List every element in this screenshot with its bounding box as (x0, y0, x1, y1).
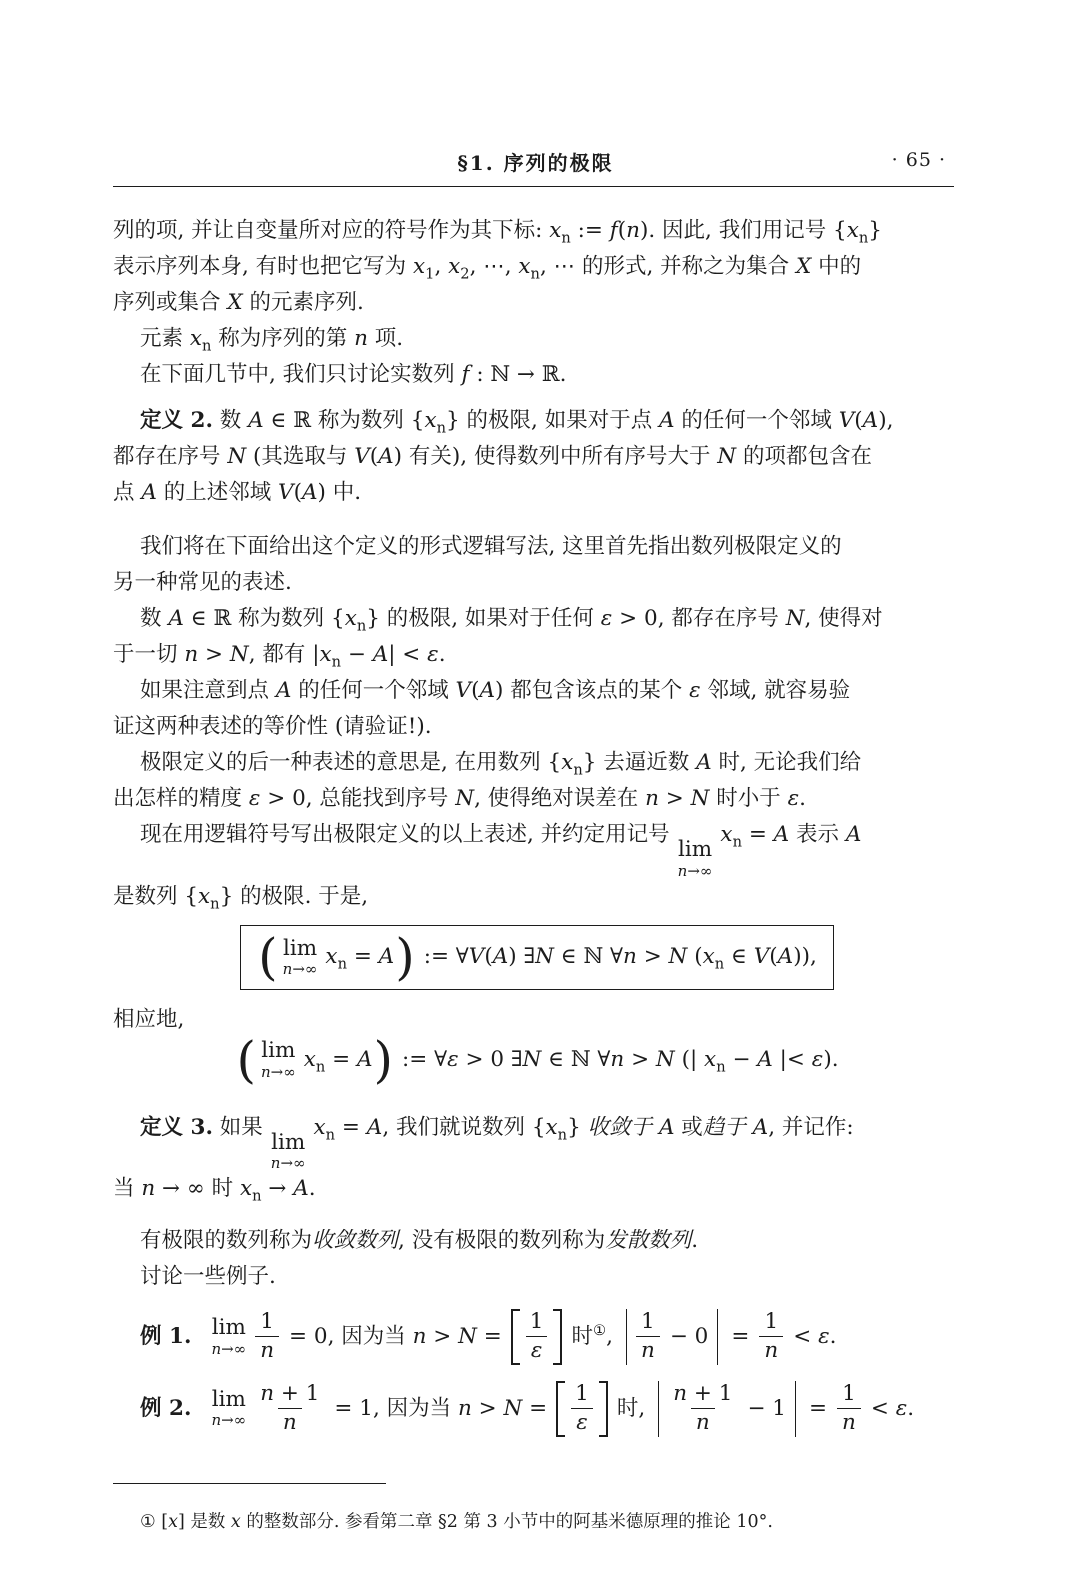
header-rule (113, 186, 954, 187)
fraction: 1n (837, 1381, 861, 1437)
definition-3-line: 当 n → ∞ 时 xn → A. (113, 1171, 961, 1207)
integer-part-bracket-group: 1ε (511, 1309, 563, 1365)
lim-subscript: n→∞ (678, 864, 713, 879)
paragraph-line: 元素 xn 称为序列的第 n 项. (113, 321, 961, 357)
lim-operator: limn→∞ (261, 1040, 296, 1080)
example-2-line: 例 2. limn→∞ n + 1n = 1, 因为当 n > N = 1ε 时… (113, 1381, 961, 1437)
paragraph-line: 是数列 {xn} 的极限. 于是, (113, 879, 961, 915)
lim-operator: limn→∞ (678, 839, 713, 879)
epsilon-formula-row: (limn→∞xn = A):= ∀ε > 0 ∃N ∈ ℕ ∀n > N (|… (113, 1040, 961, 1080)
footnote-text: ① [x] 是数 x 的整数部分. 参看第二章 §2 第 3 小节中的阿基米德原… (113, 1504, 961, 1540)
lim-operator: limn→∞ (211, 1389, 246, 1429)
text-segment: = (809, 1391, 827, 1427)
text-segment: < ε. (871, 1391, 914, 1427)
fraction-numerator: 1 (570, 1381, 594, 1408)
definition-2-line: 点 A 的上述邻域 V(A) 中. (113, 475, 961, 511)
lim-operator: limn→∞ (271, 1132, 306, 1172)
paragraph-line: 于一切 n > N, 都有 |xn − A| < ε. (113, 637, 961, 673)
lim-word: lim (283, 938, 317, 960)
text-segment: < ε. (793, 1319, 836, 1355)
example-label: 例 2. (140, 1391, 191, 1427)
lim-subscript: n→∞ (283, 962, 318, 977)
definition-3-line: 定义 3. 如果limn→∞xn = A, 我们就说数列 {xn} 收敛于 A … (113, 1110, 961, 1172)
lim-subscript: n→∞ (261, 1065, 296, 1080)
integer-part-bracket-group: 1ε (556, 1381, 608, 1437)
text-segment: − 0 (670, 1319, 709, 1355)
definition-2-line: 定义 2. 数 A ∈ ℝ 称为数列 {xn} 的极限, 如果对于点 A 的任何… (113, 403, 961, 439)
fraction-numerator: 1 (837, 1381, 861, 1408)
fraction-denominator: n (837, 1408, 861, 1437)
text-segment: xn = A 表示 A (720, 822, 861, 847)
lim-word: lim (271, 1132, 305, 1154)
example-label: 例 1. (140, 1319, 191, 1355)
text-segment: = 0, 因为当 n > N = (289, 1319, 502, 1355)
paragraph-line: 数 A ∈ ℝ 称为数列 {xn} 的极限, 如果对于任何 ε > 0, 都存在… (113, 601, 961, 637)
lim-subscript: n→∞ (211, 1413, 246, 1428)
fraction-numerator: 1 (759, 1309, 783, 1336)
formula-lhs: xn = A (304, 1042, 373, 1078)
paragraph-line: 讨论一些例子. (113, 1259, 961, 1295)
text-segment: xn = A, 我们就说数列 {xn} 收敛于 A 或趋于 A, 并记作: (314, 1115, 854, 1140)
page-number: · 65 · (892, 149, 946, 171)
text-segment: 时①, (571, 1319, 612, 1355)
fraction-denominator: n (255, 1336, 279, 1365)
boxed-formula-row: (limn→∞xn = A):= ∀V(A) ∃N ∈ ℕ ∀n > N (xn… (113, 917, 961, 991)
fraction: n + 1n (668, 1381, 737, 1437)
fraction: 1ε (570, 1381, 594, 1437)
paragraph-line: 如果注意到点 A 的任何一个邻域 V(A) 都包含该点的某个 ε 邻域, 就容易… (113, 673, 961, 709)
left-square-bracket (556, 1381, 565, 1437)
fraction-denominator: n (636, 1336, 660, 1365)
text-segment: 定义 3. 如果 (140, 1115, 263, 1140)
paragraph-line: 我们将在下面给出这个定义的形式逻辑写法, 这里首先指出数列极限定义的 (113, 529, 961, 565)
formula-rhs: := ∀V(A) ∃N ∈ ℕ ∀n > N (xn ∈ V(A)), (424, 939, 817, 975)
lim-word: lim (212, 1317, 246, 1339)
book-page: §1. 序列的极限 · 65 · 列的项, 并让自变量所对应的符号作为其下标: … (0, 0, 1071, 1574)
fraction: n + 1n (255, 1381, 324, 1437)
paragraph-line: 有极限的数列称为收敛数列, 没有极限的数列称为发散数列. (113, 1223, 961, 1259)
text-segment: = 1, 因为当 n > N = (334, 1391, 547, 1427)
paragraph-line: 在下面几节中, 我们只讨论实数列 f : ℕ → ℝ. (113, 357, 961, 393)
formula-rhs: := ∀ε > 0 ∃N ∈ ℕ ∀n > N (| xn − A |< ε). (402, 1042, 839, 1078)
absolute-value-group: n + 1n− 1 (654, 1381, 800, 1437)
fraction: 1n (759, 1309, 783, 1365)
paragraph-line: 出怎样的精度 ε > 0, 总能找到序号 N, 使得绝对误差在 n > N 时小… (113, 781, 961, 817)
formula-lhs: xn = A (325, 939, 394, 975)
fraction-denominator: ε (526, 1336, 548, 1365)
paragraph-line: 证这两种表述的等价性 (请验证!). (113, 709, 961, 745)
fraction-denominator: n (759, 1336, 783, 1365)
absolute-value-group: 1n− 0 (622, 1309, 722, 1365)
footnote-rule (113, 1483, 386, 1484)
abs-bar (795, 1381, 796, 1437)
example-1-line: 例 1. limn→∞ 1n = 0, 因为当 n > N = 1ε 时①, 1… (113, 1309, 961, 1365)
lim-subscript: n→∞ (211, 1342, 246, 1357)
fraction-denominator: n (278, 1408, 302, 1437)
body-text: 列的项, 并让自变量所对应的符号作为其下标: xn := f(n). 因此, 我… (113, 213, 961, 1540)
paragraph-line: 表示序列本身, 有时也把它写为 x1, x2, ⋯, xn, ⋯ 的形式, 并称… (113, 249, 961, 285)
lim-subscript: n→∞ (271, 1156, 306, 1171)
fraction: 1ε (525, 1309, 549, 1365)
text-segment: 现在用逻辑符号写出极限定义的以上表述, 并约定用记号 (140, 822, 670, 847)
right-square-bracket (599, 1381, 608, 1437)
lim-word: lim (678, 839, 712, 861)
right-square-bracket (553, 1309, 562, 1365)
lim-operator: limn→∞ (283, 938, 318, 978)
fraction-numerator: 1 (636, 1309, 660, 1336)
fraction-numerator: 1 (525, 1309, 549, 1336)
paragraph-line: 列的项, 并让自变量所对应的符号作为其下标: xn := f(n). 因此, 我… (113, 213, 961, 249)
paragraph-line: 另一种常见的表述. (113, 565, 961, 601)
paragraph-line-with-lim: 现在用逻辑符号写出极限定义的以上表述, 并约定用记号limn→∞xn = A 表… (113, 817, 961, 879)
paragraph-line: 极限定义的后一种表述的意思是, 在用数列 {xn} 去逼近数 A 时, 无论我们… (113, 745, 961, 781)
abs-bar (717, 1309, 718, 1365)
definition-2-line: 都存在序号 N (其选取与 V(A) 有关), 使得数列中所有序号大于 N 的项… (113, 439, 961, 475)
text-segment: = (731, 1319, 749, 1355)
abs-bar (658, 1381, 659, 1437)
fraction-numerator: n + 1 (668, 1381, 737, 1408)
paragraph-line: 序列或集合 X 的元素序列. (113, 285, 961, 321)
abs-bar (626, 1309, 627, 1365)
lim-word: lim (261, 1040, 295, 1062)
fraction: 1n (636, 1309, 660, 1365)
left-square-bracket (511, 1309, 520, 1365)
boxed-formula: (limn→∞xn = A):= ∀V(A) ∃N ∈ ℕ ∀n > N (xn… (240, 925, 834, 991)
epsilon-formula: (limn→∞xn = A):= ∀ε > 0 ∃N ∈ ℕ ∀n > N (|… (235, 1040, 838, 1080)
fraction-numerator: 1 (255, 1309, 279, 1336)
fraction-denominator: ε (571, 1408, 593, 1437)
lim-operator: limn→∞ (211, 1317, 246, 1357)
fraction: 1n (255, 1309, 279, 1365)
lim-word: lim (212, 1389, 246, 1411)
text-segment: 时, (617, 1391, 645, 1427)
text-segment: − 1 (747, 1391, 786, 1427)
fraction-numerator: n + 1 (255, 1381, 324, 1408)
fraction-denominator: n (691, 1408, 715, 1437)
